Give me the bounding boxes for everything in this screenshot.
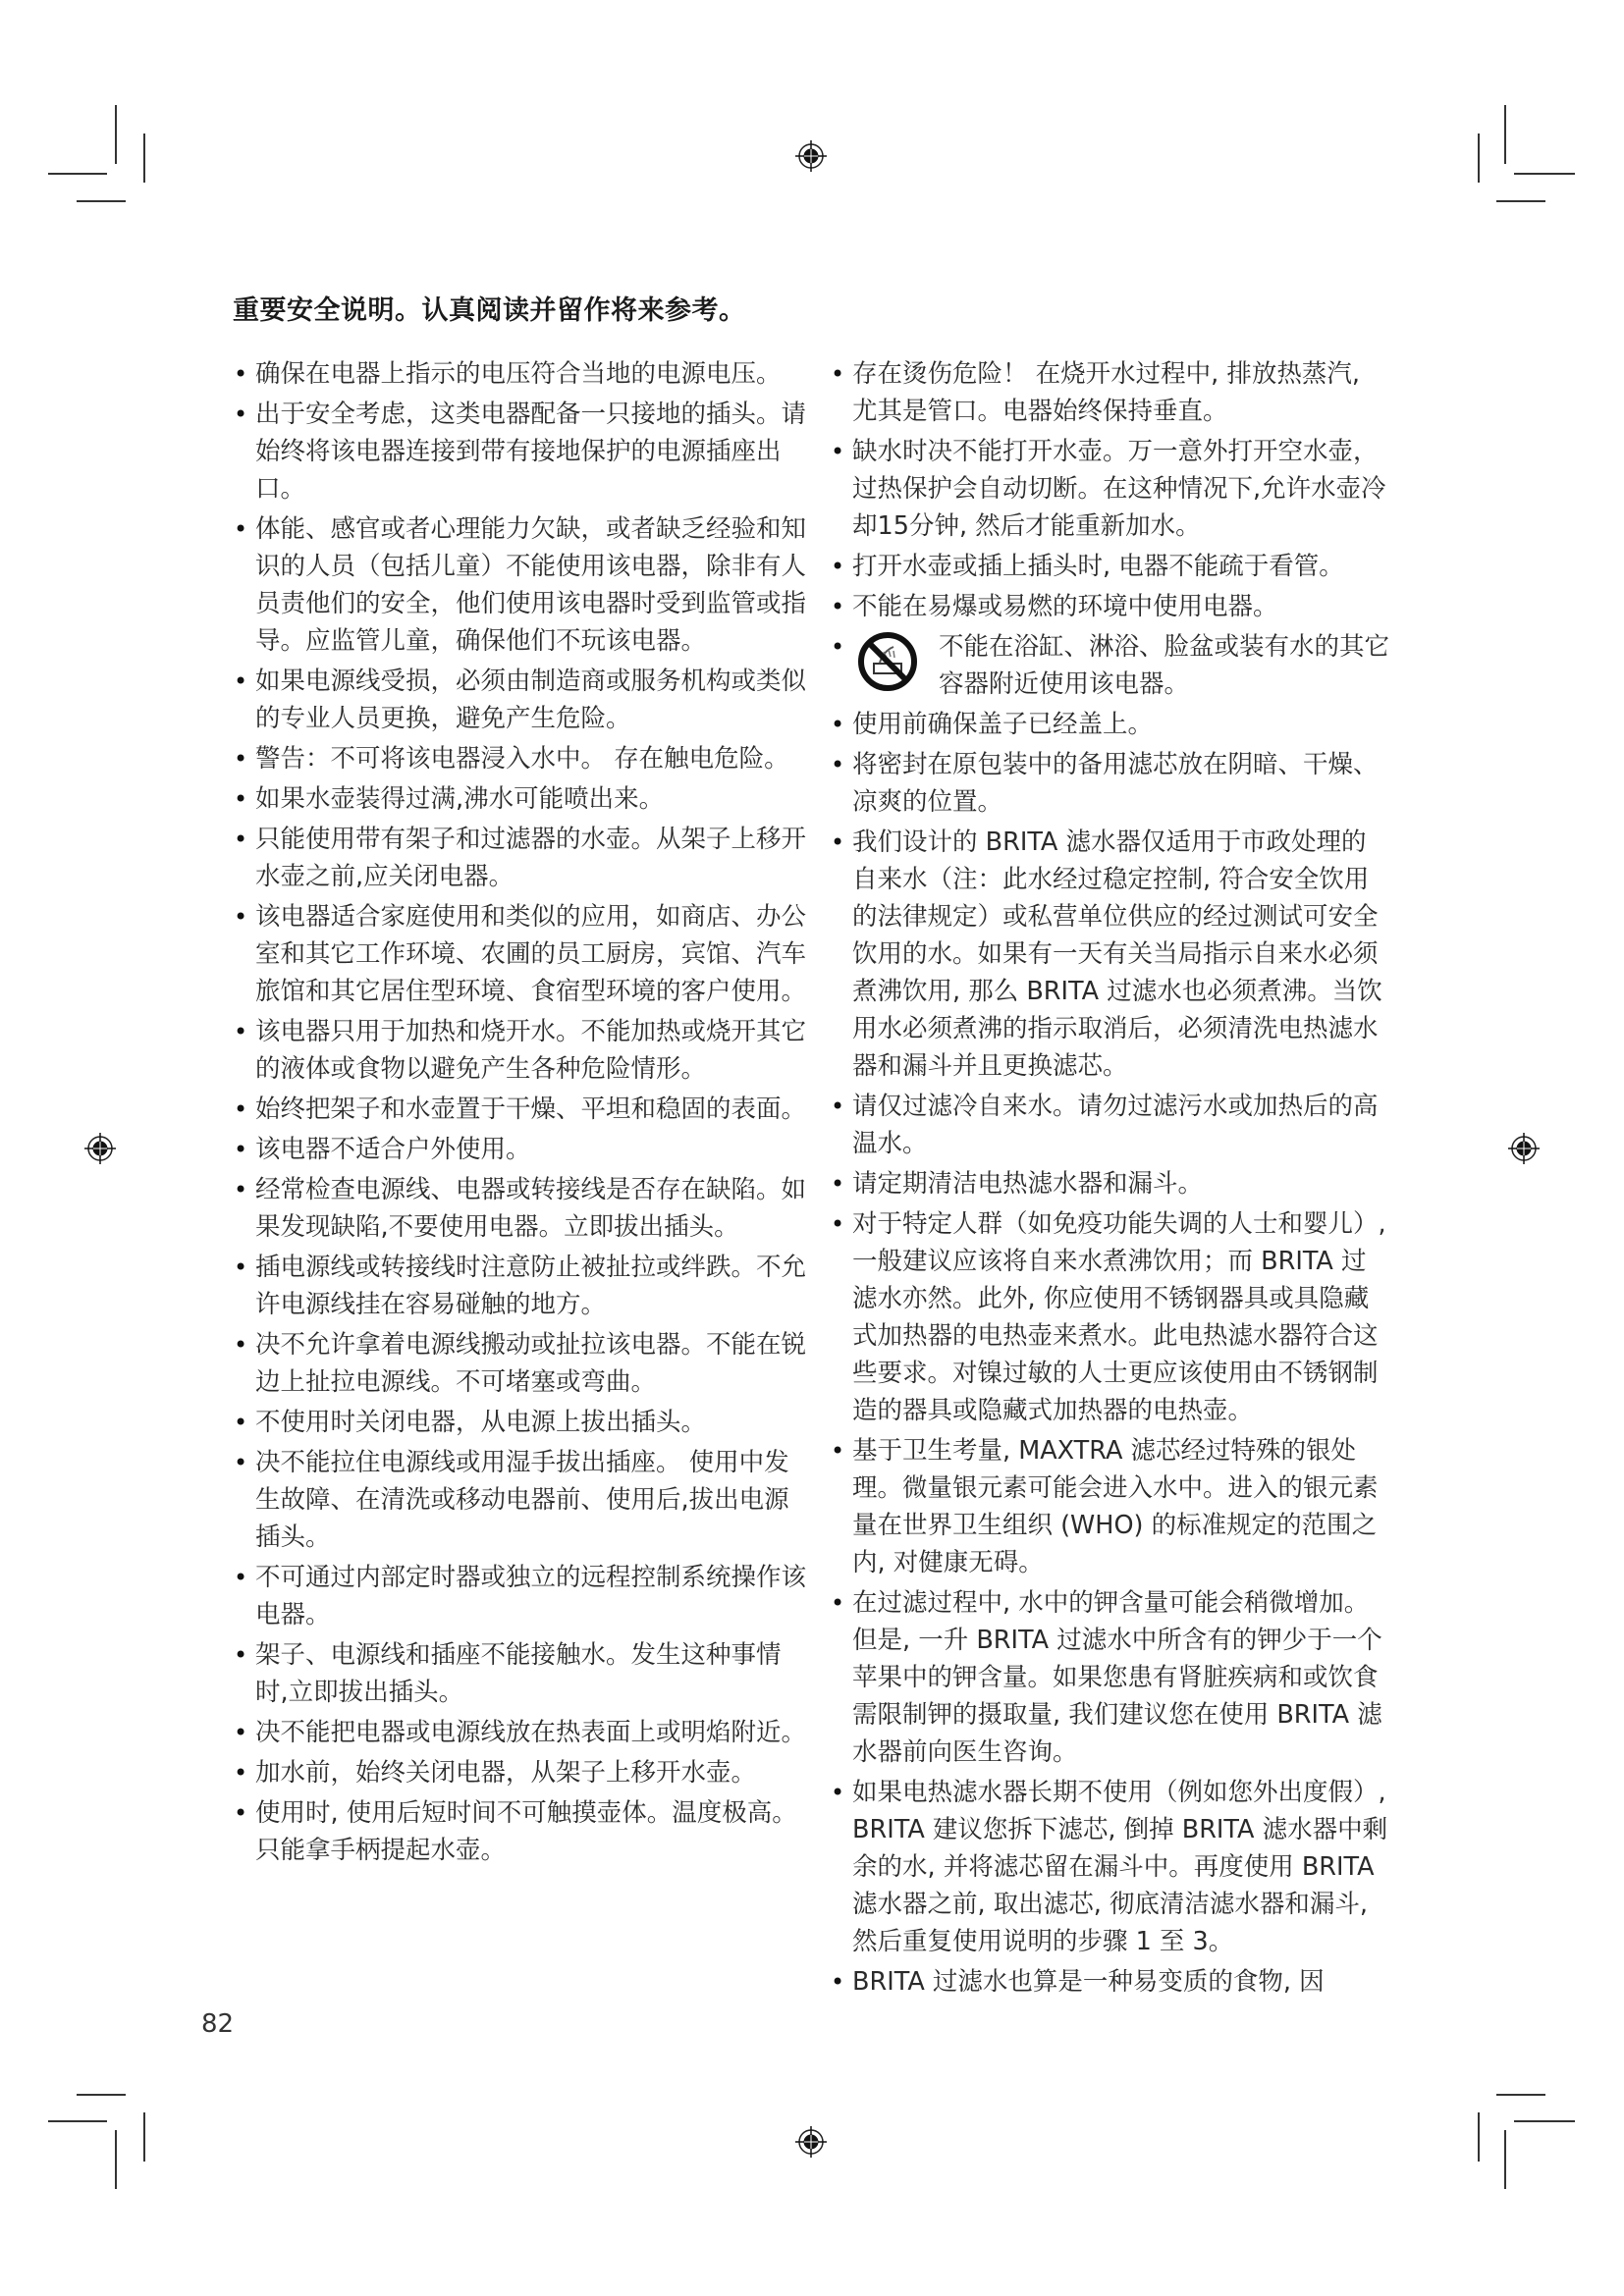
crop-mark: [1514, 173, 1575, 175]
bullet-icon: •: [831, 433, 844, 470]
list-item: •出于安全考虑，这类电器配备一只接地的插头。请始终将该电器连接到带有接地保护的电…: [234, 396, 813, 507]
list-item-with-icon: • 不能在浴缸、淋浴、脸盆或装有水的其它容器附近使用该电器。: [831, 628, 1390, 703]
list-item: •决不允许拿着电源线搬动或扯拉该电器。不能在锐边上扯拉电源线。不可堵塞或弯曲。: [234, 1326, 813, 1401]
registration-crosshair-icon: [793, 138, 829, 174]
safety-list-left: •确保在电器上指示的电压符合当地的电源电压。 •出于安全考虑，这类电器配备一只接…: [234, 355, 813, 1869]
bullet-icon: •: [831, 1963, 844, 2001]
crop-mark: [77, 2094, 126, 2096]
list-item: •我们设计的 BRITA 滤水器仅适用于市政处理的自来水（注：此水经过稳定控制,…: [831, 824, 1390, 1085]
bullet-icon: •: [234, 1794, 247, 1832]
left-column: •确保在电器上指示的电压符合当地的电源电压。 •出于安全考虑，这类电器配备一只接…: [234, 355, 813, 1872]
bullet-icon: •: [234, 740, 247, 777]
list-item: •存在烫伤危险！ 在烧开水过程中, 排放热蒸汽, 尤其是管口。电器始终保持垂直。: [831, 355, 1390, 430]
list-item: •不能在易爆或易燃的环境中使用电器。: [831, 588, 1390, 625]
list-item: •打开水壶或插上插头时, 电器不能疏于看管。: [831, 548, 1390, 585]
bullet-icon: •: [234, 780, 247, 818]
bullet-icon: •: [831, 628, 844, 666]
list-item: •缺水时决不能打开水壶。万一意外打开空水壶，过热保护会自动切断。在这种情况下,允…: [831, 433, 1390, 545]
bullet-icon: •: [831, 588, 844, 625]
crop-mark: [1514, 2120, 1575, 2122]
bullet-icon: •: [234, 1559, 247, 1596]
crop-mark: [1504, 105, 1506, 164]
crop-mark: [1496, 200, 1545, 202]
bullet-icon: •: [831, 355, 844, 393]
list-item: •如果电热滤水器长期不使用（例如您外出度假）, BRITA 建议您拆下滤芯, 倒…: [831, 1774, 1390, 1960]
list-item: •不可通过内部定时器或独立的远程控制系统操作该电器。: [234, 1559, 813, 1633]
bullet-icon: •: [234, 1754, 247, 1791]
bullet-icon: •: [831, 746, 844, 783]
bullet-icon: •: [831, 1774, 844, 1811]
bullet-icon: •: [234, 1404, 247, 1441]
right-column: •存在烫伤危险！ 在烧开水过程中, 排放热蒸汽, 尤其是管口。电器始终保持垂直。…: [831, 355, 1390, 2003]
bullet-icon: •: [234, 1131, 247, 1168]
bullet-icon: •: [831, 1088, 844, 1125]
list-item: •请定期清洁电热滤水器和漏斗。: [831, 1165, 1390, 1202]
bullet-icon: •: [234, 821, 247, 858]
bullet-icon: •: [831, 548, 844, 585]
list-item: •不使用时关闭电器，从电源上拔出插头。: [234, 1404, 813, 1441]
bullet-icon: •: [831, 1432, 844, 1469]
list-item: •确保在电器上指示的电压符合当地的电源电压。: [234, 355, 813, 393]
crop-mark: [143, 2112, 145, 2162]
registration-crosshair-icon: [1506, 1131, 1542, 1166]
list-item: •该电器只用于加热和烧开水。不能加热或烧开其它的液体或食物以避免产生各种危险情形…: [234, 1013, 813, 1088]
list-item: •体能、感官或者心理能力欠缺，或者缺乏经验和知识的人员（包括儿童）不能使用该电器…: [234, 510, 813, 660]
bullet-icon: •: [831, 1584, 844, 1622]
crop-mark: [115, 105, 117, 164]
crop-mark: [1496, 2094, 1545, 2096]
bullet-icon: •: [234, 1249, 247, 1286]
list-item: •将密封在原包装中的备用滤芯放在阴暗、干燥、凉爽的位置。: [831, 746, 1390, 821]
crop-mark: [1478, 2112, 1480, 2162]
registration-crosshair-icon: [82, 1131, 118, 1166]
list-item: •对于特定人群（如免疫功能失调的人士和婴儿）, 一般建议应该将自来水煮沸饮用；而…: [831, 1205, 1390, 1429]
list-item: •请仅过滤冷自来水。请勿过滤污水或加热后的高温水。: [831, 1088, 1390, 1162]
crop-mark: [48, 2120, 107, 2122]
bullet-icon: •: [234, 1091, 247, 1128]
page-number: 82: [201, 2009, 234, 2039]
crop-mark: [1478, 133, 1480, 183]
list-item: •经常检查电源线、电器或转接线是否存在缺陷。如果发现缺陷,不要使用电器。立即拔出…: [234, 1171, 813, 1246]
bullet-icon: •: [234, 1444, 247, 1481]
list-item: •在过滤过程中, 水中的钾含量可能会稍微增加。但是, 一升 BRITA 过滤水中…: [831, 1584, 1390, 1771]
list-item: •如果水壶装得过满,沸水可能喷出来。: [234, 780, 813, 818]
registration-crosshair-icon: [793, 2124, 829, 2160]
list-item: •决不能拉住电源线或用湿手拔出插座。 使用中发生故障、在清洗或移动电器前、使用后…: [234, 1444, 813, 1556]
list-item: •基于卫生考量, MAXTRA 滤芯经过特殊的银处理。微量银元素可能会进入水中。…: [831, 1432, 1390, 1581]
list-item: •始终把架子和水壶置于干燥、平坦和稳固的表面。: [234, 1091, 813, 1128]
bullet-icon: •: [831, 706, 844, 743]
list-item: •决不能把电器或电源线放在热表面上或明焰附近。: [234, 1714, 813, 1751]
list-item: •使用时, 使用后短时间不可触摸壶体。温度极高。只能拿手柄提起水壶。: [234, 1794, 813, 1869]
list-item: •BRITA 过滤水也算是一种易变质的食物, 因: [831, 1963, 1390, 2001]
list-item: •只能使用带有架子和过滤器的水壶。从架子上移开水壶之前,应关闭电器。: [234, 821, 813, 895]
list-item: •如果电源线受损，必须由制造商或服务机构或类似的专业人员更换，避免产生危险。: [234, 663, 813, 737]
bullet-icon: •: [234, 1714, 247, 1751]
bullet-icon: •: [234, 1326, 247, 1363]
list-item: •加水前，始终关闭电器，从架子上移开水壶。: [234, 1754, 813, 1791]
bullet-icon: •: [831, 1165, 844, 1202]
page-title: 重要安全说明。认真阅读并留作将来参考。: [233, 289, 746, 327]
crop-mark: [1504, 2130, 1506, 2189]
list-item: •警告：不可将该电器浸入水中。 存在触电危险。: [234, 740, 813, 777]
list-item: •使用前确保盖子已经盖上。: [831, 706, 1390, 743]
bullet-icon: •: [234, 396, 247, 433]
bullet-icon: •: [234, 1171, 247, 1208]
bullet-icon: •: [234, 663, 247, 700]
bullet-icon: •: [234, 898, 247, 935]
crop-mark: [48, 173, 107, 175]
list-item: •该电器适合家庭使用和类似的应用，如商店、办公室和其它工作环境、农圃的员工厨房，…: [234, 898, 813, 1010]
list-item: •插电源线或转接线时注意防止被扯拉或绊跌。不允许电源线挂在容易碰触的地方。: [234, 1249, 813, 1323]
list-item: •架子、电源线和插座不能接触水。发生这种事情时,立即拔出插头。: [234, 1636, 813, 1711]
safety-list-right: •存在烫伤危险！ 在烧开水过程中, 排放热蒸汽, 尤其是管口。电器始终保持垂直。…: [831, 355, 1390, 2001]
prohibition-bath-icon: [856, 630, 919, 693]
bullet-icon: •: [831, 824, 844, 861]
bullet-icon: •: [234, 355, 247, 393]
list-item: •该电器不适合户外使用。: [234, 1131, 813, 1168]
bullet-icon: •: [234, 1636, 247, 1674]
crop-mark: [77, 200, 126, 202]
bullet-icon: •: [831, 1205, 844, 1243]
bullet-icon: •: [234, 510, 247, 548]
bullet-icon: •: [234, 1013, 247, 1050]
crop-mark: [143, 133, 145, 183]
crop-mark: [115, 2130, 117, 2189]
